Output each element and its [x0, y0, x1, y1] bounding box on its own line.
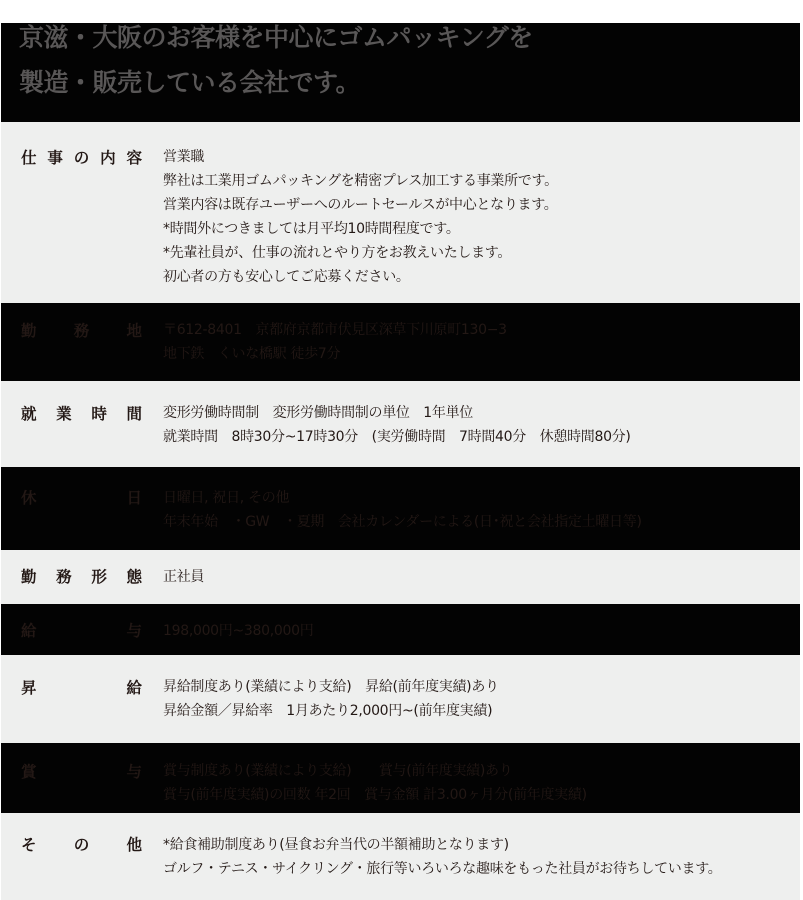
label-char: 休: [21, 486, 37, 510]
value-line: 地下鉄 くいな橋駅 徒歩7分: [163, 342, 507, 366]
value-line: *先輩社員が、仕事の流れとやり方をお教えいたします。: [163, 241, 558, 265]
label-char: 賞: [21, 760, 37, 784]
label-char: 給: [126, 676, 142, 700]
label-char: 給: [21, 619, 37, 643]
value-line: *給食補助制度あり(昼食お弁当代の半額補助となります): [163, 833, 721, 857]
label-char: 時: [91, 402, 107, 426]
row-job-description: 仕 事 の 内 容 営業職 弊社は工業用ゴムパッキングを精密プレス加工する事業所…: [1, 122, 800, 303]
row-value: 賞与制度あり(業績により支給) 賞与(前年度実績)あり 賞与(前年度実績)の回数…: [163, 759, 587, 807]
label-char: 与: [126, 760, 142, 784]
value-line: 昇給金額／昇給率 1月あたり2,000円~(前年度実績): [163, 699, 499, 723]
label-char: 地: [126, 319, 142, 343]
label-char: 業: [56, 402, 72, 426]
row-label: 勤 務 形 態: [21, 565, 142, 589]
value-line: 正社員: [163, 565, 204, 589]
label-char: 与: [126, 619, 142, 643]
value-line: 営業職: [163, 145, 558, 169]
row-salary: 給 与 198,000円~380,000円: [1, 604, 800, 655]
row-label: そ の 他: [21, 833, 142, 857]
label-char: の: [74, 833, 90, 857]
label-char: そ: [21, 833, 37, 857]
row-label: 賞 与: [21, 760, 142, 784]
row-value: 変形労働時間制 変形労働時間制の単位 1年単位 就業時間 8時30分~17時30…: [163, 401, 631, 449]
row-value: 198,000円~380,000円: [163, 619, 313, 643]
label-char: 昇: [21, 676, 37, 700]
value-line: 〒612-8401 京都府京都市伏見区深草下川原町130−3: [163, 318, 507, 342]
value-line: 賞与(前年度実績)の回数 年2回 賞与金額 計3.00ヶ月分(前年度実績): [163, 783, 587, 807]
label-char: 務: [56, 565, 72, 589]
label-char: 他: [126, 833, 142, 857]
label-char: 日: [126, 486, 142, 510]
value-line: 昇給制度あり(業績により支給) 昇給(前年度実績)あり: [163, 675, 499, 699]
value-line: 弊社は工業用ゴムパッキングを精密プレス加工する事業所です。: [163, 169, 558, 193]
label-char: 間: [126, 402, 142, 426]
row-other: そ の 他 *給食補助制度あり(昼食お弁当代の半額補助となります) ゴルフ・テニ…: [1, 813, 800, 900]
row-label: 昇 給: [21, 676, 142, 700]
value-line: 日曜日, 祝日, その他: [163, 486, 642, 510]
value-line: *時間外につきましては月平均10時間程度です。: [163, 217, 558, 241]
row-label: 就 業 時 間: [21, 402, 142, 426]
row-label: 勤 務 地: [21, 319, 142, 343]
value-line: 営業内容は既存ユーザーへのルートセールスが中心となります。: [163, 193, 558, 217]
value-line: ゴルフ・テニス・サイクリング・旅行等いろいろな趣味をもった社員がお待ちしています…: [163, 857, 721, 881]
row-label: 休 日: [21, 486, 142, 510]
value-line: 初心者の方も安心してご応募ください。: [163, 265, 558, 289]
row-value: 昇給制度あり(業績により支給) 昇給(前年度実績)あり 昇給金額／昇給率 1月あ…: [163, 675, 499, 723]
label-char: 態: [126, 565, 142, 589]
row-value: *給食補助制度あり(昼食お弁当代の半額補助となります) ゴルフ・テニス・サイクリ…: [163, 833, 721, 881]
label-char: の: [74, 146, 90, 170]
row-value: 日曜日, 祝日, その他 年末年始 ・GW ・夏期 会社カレンダーによる(日･祝…: [163, 486, 642, 534]
label-char: 内: [100, 146, 116, 170]
label-char: 仕: [21, 146, 37, 170]
label-char: 就: [21, 402, 37, 426]
row-label: 給 与: [21, 619, 142, 643]
value-line: 賞与制度あり(業績により支給) 賞与(前年度実績)あり: [163, 759, 587, 783]
label-char: 事: [47, 146, 63, 170]
label-char: 務: [74, 319, 90, 343]
row-working-hours: 就 業 時 間 変形労働時間制 変形労働時間制の単位 1年単位 就業時間 8時3…: [1, 381, 800, 467]
row-work-location: 勤 務 地 〒612-8401 京都府京都市伏見区深草下川原町130−3 地下鉄…: [1, 303, 800, 381]
label-char: 容: [126, 146, 142, 170]
value-line: 就業時間 8時30分~17時30分 (実労働時間 7時間40分 休憩時間80分): [163, 425, 631, 449]
value-line: 変形労働時間制 変形労働時間制の単位 1年単位: [163, 401, 631, 425]
banner-line-1: 京滋・大阪のお客様を中心にゴムパッキングを: [19, 23, 533, 53]
row-holidays: 休 日 日曜日, 祝日, その他 年末年始 ・GW ・夏期 会社カレンダーによる…: [1, 467, 800, 550]
value-line: 年末年始 ・GW ・夏期 会社カレンダーによる(日･祝と会社指定土曜日等): [163, 510, 642, 534]
row-label: 仕 事 の 内 容: [21, 146, 142, 170]
banner-line-2: 製造・販売している会社です。: [19, 68, 360, 98]
label-char: 勤: [21, 565, 37, 589]
label-char: 勤: [21, 319, 37, 343]
row-employment-type: 勤 務 形 態 正社員: [1, 550, 800, 604]
label-char: 形: [91, 565, 107, 589]
row-value: 正社員: [163, 565, 204, 589]
row-bonus: 賞 与 賞与制度あり(業績により支給) 賞与(前年度実績)あり 賞与(前年度実績…: [1, 743, 800, 813]
row-value: 〒612-8401 京都府京都市伏見区深草下川原町130−3 地下鉄 くいな橋駅…: [163, 318, 507, 366]
company-intro-banner: 京滋・大阪のお客様を中心にゴムパッキングを 製造・販売している会社です。: [1, 23, 800, 122]
value-line: 198,000円~380,000円: [163, 619, 313, 643]
row-value: 営業職 弊社は工業用ゴムパッキングを精密プレス加工する事業所です。 営業内容は既…: [163, 145, 558, 289]
row-pay-raise: 昇 給 昇給制度あり(業績により支給) 昇給(前年度実績)あり 昇給金額／昇給率…: [1, 655, 800, 743]
